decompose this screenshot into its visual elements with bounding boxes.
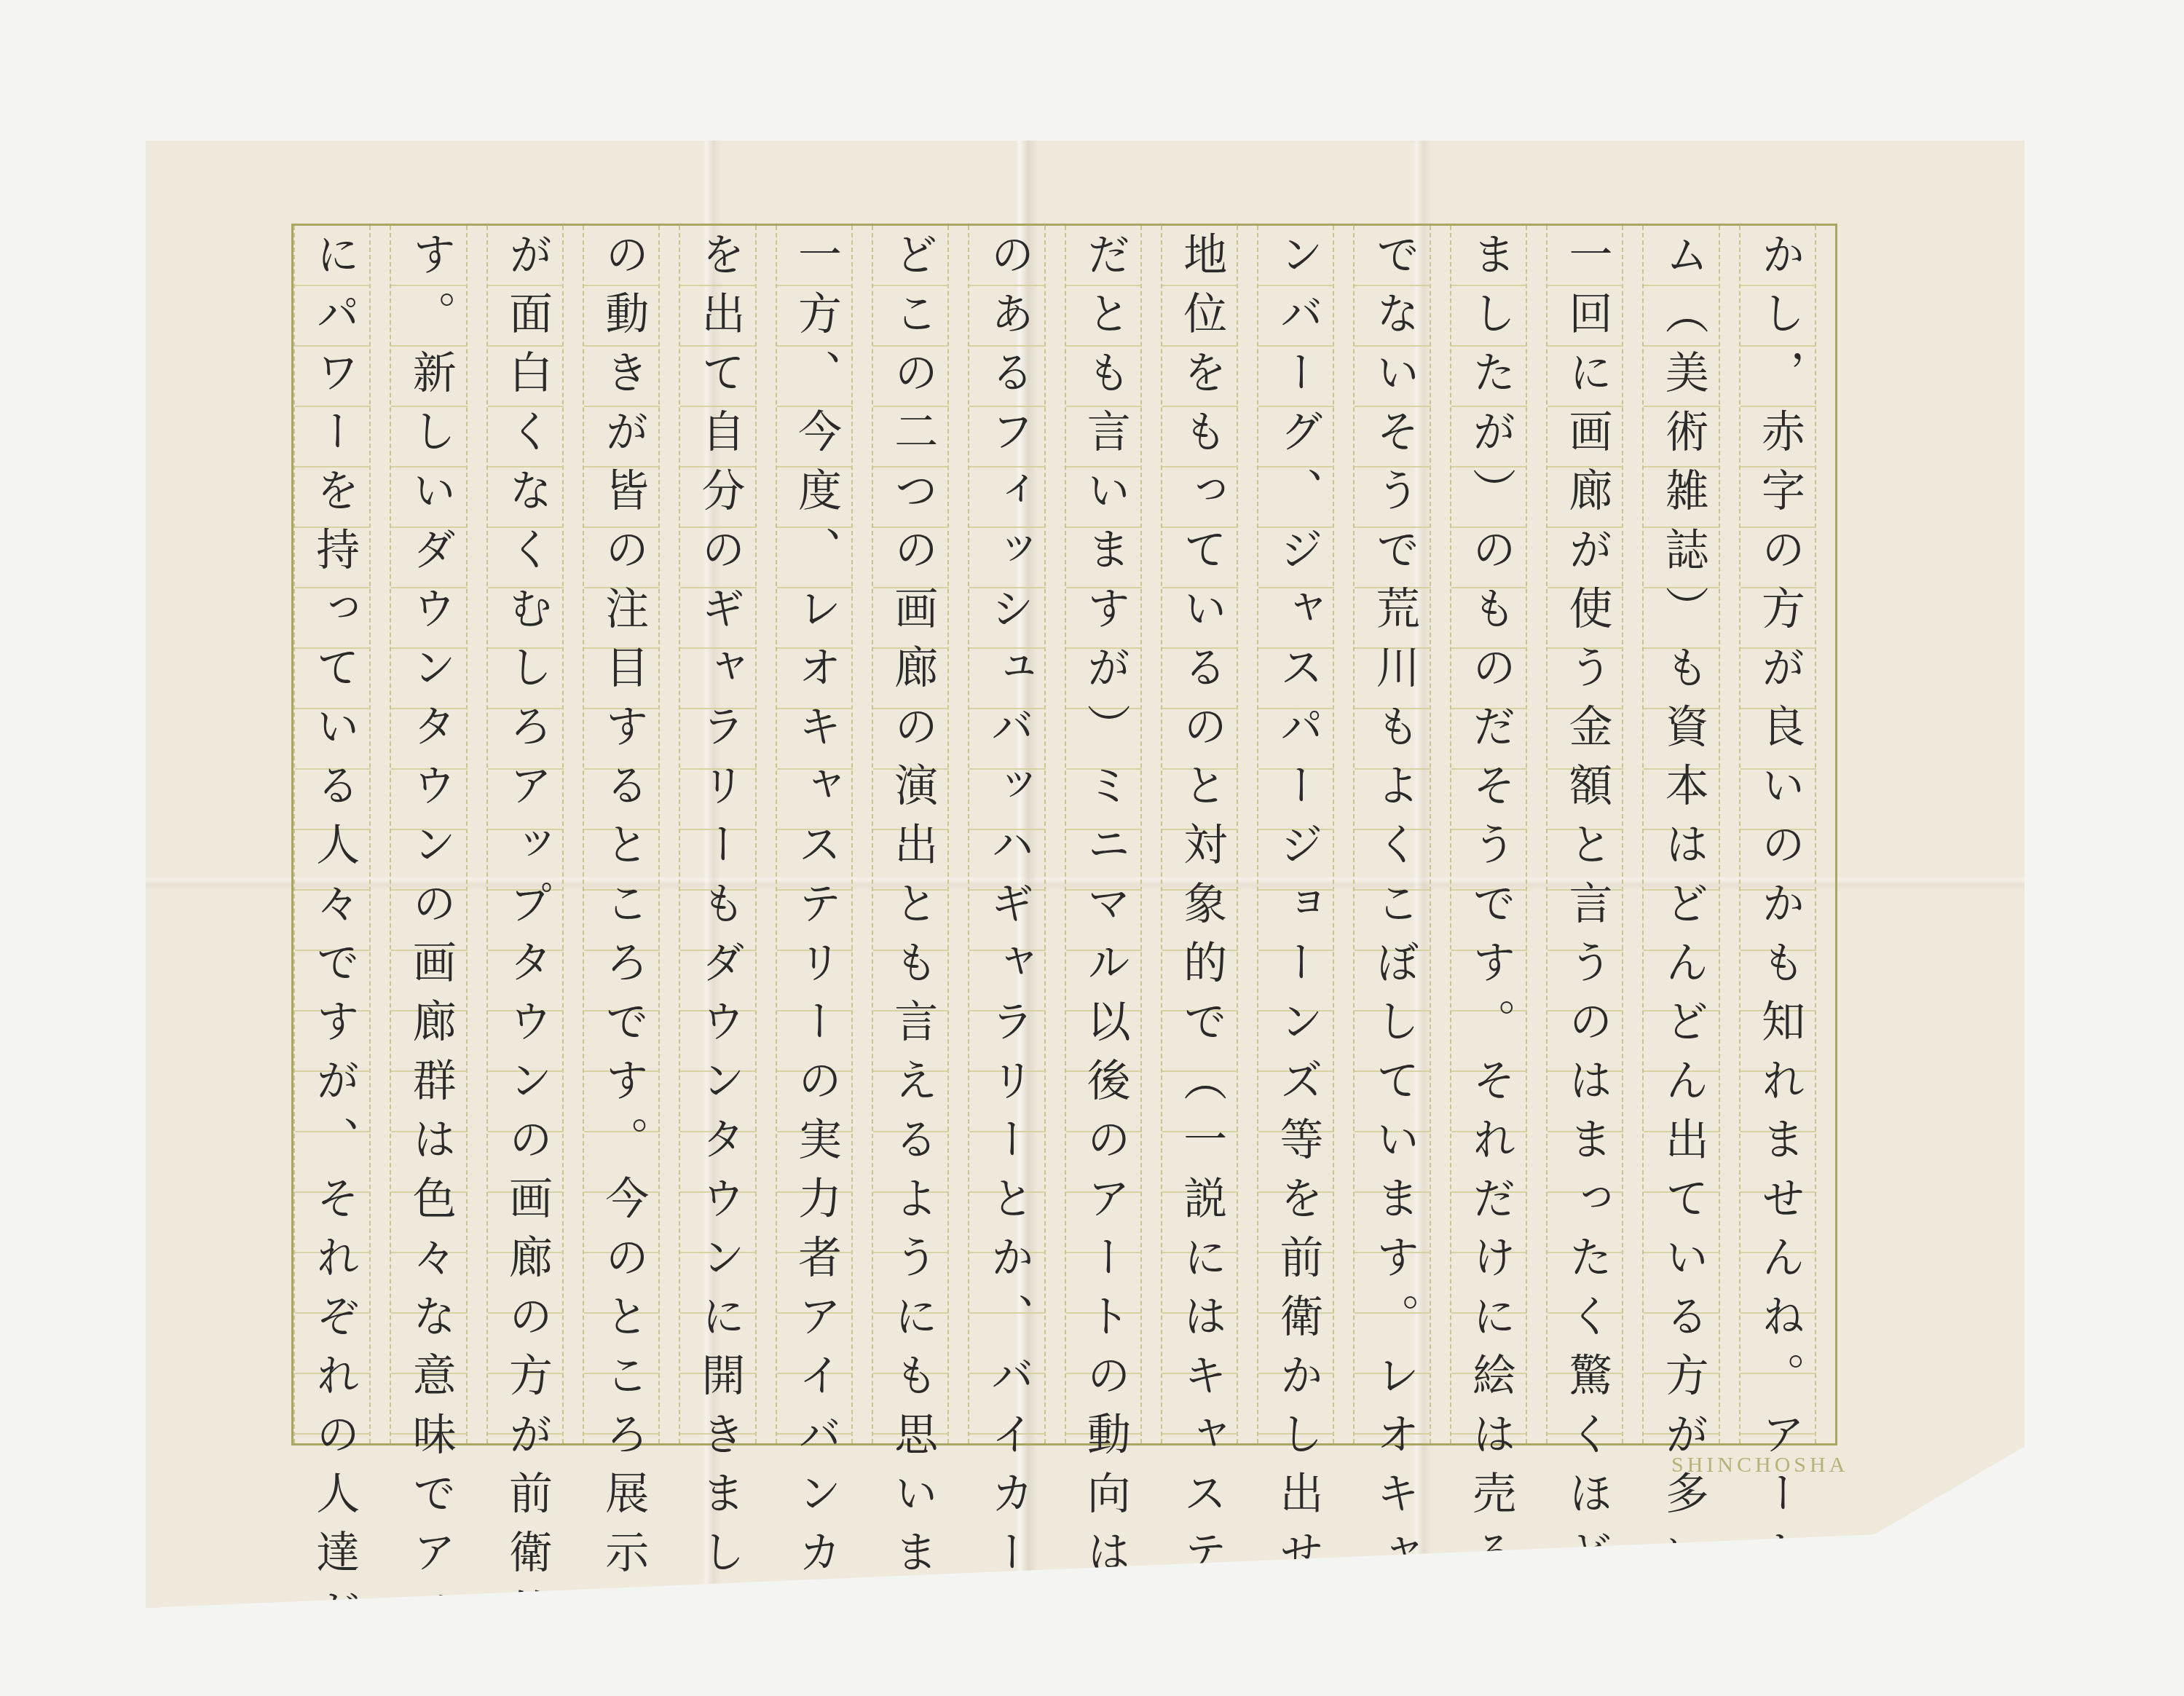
- manuscript-column: ム（美術雑誌）も資本はどんどん出ている方が多いと言ですし、: [1642, 226, 1738, 1443]
- column-text: にパワーを持っている人々ですが、それぞれの人達が自分達のいた組織: [299, 232, 371, 1443]
- column-text: 地位をもっているのと対象的で（一説にはキャステリーは大変な赤字: [1167, 232, 1238, 1443]
- column-text: 一回に画廊が使う金額と言うのはまったく驚くほど（我々が忘れ: [1552, 232, 1623, 1443]
- manuscript-column: を出て自分のギャラリーもダウンタウンに開きましたので、その後: [679, 226, 775, 1443]
- manuscript-column: が面白くなくむしろアップタウンの画廊の方が前衛的に見えま: [486, 226, 583, 1443]
- column-text: ましたが）のものだそうです。それだけに絵は売る事には熱心: [1456, 232, 1527, 1443]
- column-text: を出て自分のギャラリーもダウンタウンに開きましたので、その後: [685, 232, 756, 1443]
- manuscript-column: ましたが）のものだそうです。それだけに絵は売る事には熱心: [1450, 226, 1546, 1443]
- manuscript-column: 一回に画廊が使う金額と言うのはまったく驚くほど（我々が忘れ: [1546, 226, 1642, 1443]
- manuscript-column: だとも言いますが）ミニマル以後のアートの動向は、これらと関係: [1065, 226, 1161, 1443]
- manuscript-column: にパワーを持っている人々ですが、それぞれの人達が自分達のいた組織: [293, 226, 390, 1443]
- column-text: す。新しいダウンタウンの画廊群は色々な意味でアメリカ美術界: [395, 232, 467, 1443]
- manuscript-column: でないそうで荒川もよくこぼしています。レオキャステリーがローゼ: [1353, 226, 1449, 1443]
- column-text: ンバーグ、ジャスパージョーンズ等を前衛かし出せとして確固たる: [1263, 232, 1334, 1443]
- column-text: のあるフィッシュバッハギャラリーとか、バイカートギャラリー以外はほとん: [974, 232, 1045, 1443]
- column-text: どこの二つの画廊の演出とも言えるようにも思います。: [878, 232, 949, 1443]
- manuscript-column: 一方、今度、レオキャステリーの実力者アイバンカープがキャステリー: [776, 226, 872, 1443]
- manuscript-column: どこの二つの画廊の演出とも言えるようにも思います。: [872, 226, 968, 1443]
- manuscript-column: す。新しいダウンタウンの画廊群は色々な意味でアメリカ美術界: [390, 226, 486, 1443]
- column-text: ム（美術雑誌）も資本はどんどん出ている方が多いと言ですし、: [1648, 232, 1719, 1443]
- column-text: 一方、今度、レオキャステリーの実力者アイバンカープがキャステリー: [781, 232, 853, 1443]
- column-text: だとも言いますが）ミニマル以後のアートの動向は、これらと関係: [1071, 232, 1142, 1443]
- column-text: の動きが皆の注目するところです。今のところ展示作品自体: [588, 232, 660, 1443]
- manuscript-column: 地位をもっているのと対象的で（一説にはキャステリーは大変な赤字: [1161, 226, 1257, 1443]
- manuscript-column: ンバーグ、ジャスパージョーンズ等を前衛かし出せとして確固たる: [1257, 226, 1353, 1443]
- manuscript-column: の動きが皆の注目するところです。今のところ展示作品自体: [583, 226, 679, 1443]
- column-text: が面白くなくむしろアップタウンの画廊の方が前衛的に見えま: [492, 232, 564, 1443]
- manuscript-column: のあるフィッシュバッハギャラリーとか、バイカートギャラリー以外はほとん: [968, 226, 1064, 1443]
- column-text: でないそうで荒川もよくこぼしています。レオキャステリーがローゼ: [1359, 232, 1430, 1443]
- genko-grid: かし，赤字の方が良いのかも知れませんね。アートフォーラ ム（美術雑誌）も資本はど…: [291, 224, 1837, 1445]
- column-text: かし，赤字の方が良いのかも知れませんね。アートフォーラ: [1745, 232, 1816, 1443]
- manuscript-sheet: かし，赤字の方が良いのかも知れませんね。アートフォーラ ム（美術雑誌）も資本はど…: [146, 141, 2025, 1608]
- publisher-mark: SHINCHOSHA: [1671, 1453, 1848, 1478]
- manuscript-column: かし，赤字の方が良いのかも知れませんね。アートフォーラ: [1739, 226, 1835, 1443]
